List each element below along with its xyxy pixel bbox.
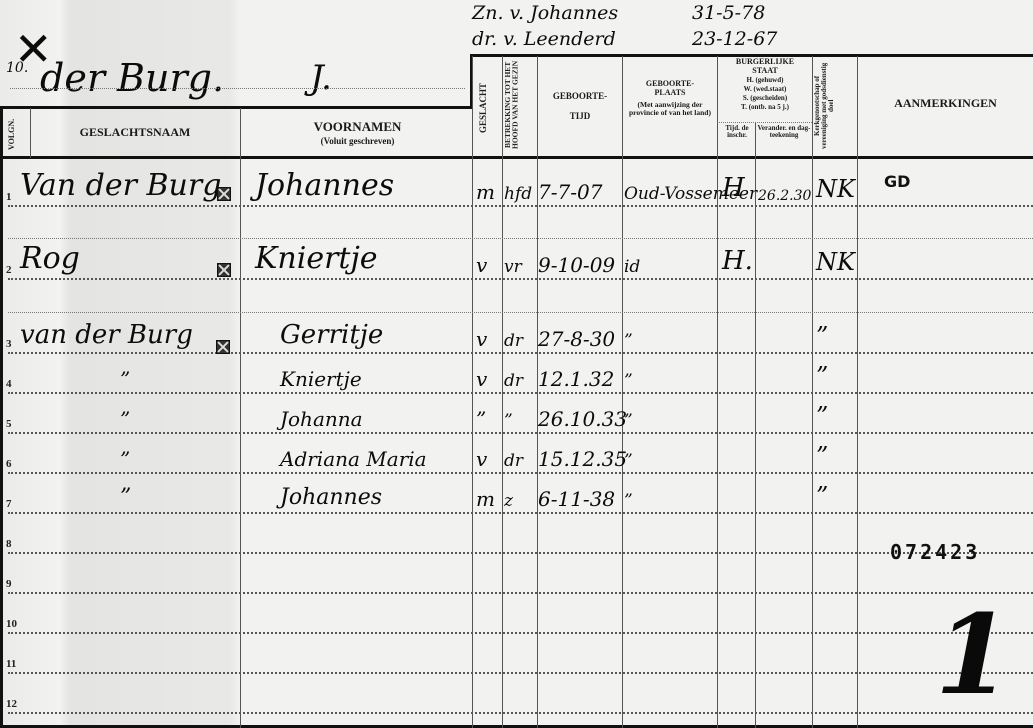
row-number: 4: [6, 378, 12, 390]
col-header-kerkgenootschap: Kerkgenootschap of vereeniging met godsd…: [814, 58, 856, 154]
cell-birth-date: 15.12.35: [538, 447, 627, 471]
row-line: [8, 278, 1033, 280]
row-number: 7: [6, 498, 12, 510]
cell-church: ”: [816, 322, 828, 350]
cell-given-name: Kniertje: [280, 367, 362, 391]
cell-given-name: Johanna: [280, 407, 363, 431]
row-subline: [8, 238, 1033, 239]
cell-relation: z: [504, 491, 513, 511]
cell-relation: dr: [504, 451, 523, 471]
cell-civil-status: H.: [722, 246, 753, 276]
col-header-geboortetijd-2: TIJD: [538, 112, 622, 121]
cell-birth-date: 7-7-07: [538, 180, 602, 204]
row-line: [8, 352, 1033, 354]
stamp-number: 072423: [890, 540, 980, 564]
cell-sex: ”: [476, 407, 486, 431]
col-header-bs-s: S. (gescheiden): [718, 95, 812, 102]
cell-surname: ”: [120, 367, 130, 391]
col-divider: [240, 108, 241, 728]
cell-church: ”: [816, 442, 828, 470]
col-header-volgnr: VOLGN.: [8, 116, 16, 152]
row-line: [8, 712, 1033, 714]
header-bottom-line: [0, 156, 1033, 159]
annotation-daughter-of: dr. v. Leenderd: [472, 28, 616, 50]
cell-given-name: Johannes: [280, 485, 382, 510]
cell-sex: v: [476, 447, 487, 471]
row-line: [8, 472, 1033, 474]
col-header-geslachtsnaam: GESLACHTSNAAM: [40, 126, 230, 139]
row-number: 3: [6, 338, 12, 350]
row-line: [8, 552, 1033, 554]
cell-surname: ”: [120, 407, 130, 431]
registration-card: 10. ✕ der Burg. J. Zn. v. Johannes 31-5-…: [0, 0, 1033, 728]
row-number: 8: [6, 538, 12, 550]
cell-civil-status: H: [722, 173, 745, 203]
cell-birth-date: 9-10-09: [538, 253, 615, 277]
row-line: [8, 512, 1033, 514]
cell-relation: dr: [504, 371, 523, 391]
col-header-bs-t: T. (ontb. na 5 j.): [718, 104, 812, 111]
frame-left: [0, 106, 3, 728]
row-subline: [8, 312, 1033, 313]
col-header-burgerlijke-staat-2: STAAT: [718, 67, 812, 75]
card-initial: J.: [310, 58, 332, 98]
row-line: [8, 392, 1033, 394]
row-number: 6: [6, 458, 12, 470]
cell-status-date: 26.2.30: [758, 188, 811, 204]
cell-sex: v: [476, 367, 487, 391]
cell-given-name: Adriana Maria: [280, 447, 427, 471]
cell-surname: Rog: [20, 241, 80, 276]
col-divider: [755, 122, 756, 728]
marker-box-icon: [217, 263, 231, 277]
cell-church: NK: [816, 248, 855, 276]
cell-birth-place: id: [624, 257, 640, 277]
marker-box-icon: [217, 187, 231, 201]
annotation-daughter-of-date: 23-12-67: [692, 28, 777, 50]
marker-box-icon: [216, 340, 230, 354]
cell-church: ”: [816, 402, 828, 430]
cell-surname: ”: [120, 447, 130, 471]
row-number: 11: [6, 658, 16, 670]
row-line: [8, 672, 1033, 674]
row-number: 2: [6, 264, 12, 276]
cell-birth-place: ”: [624, 491, 633, 511]
row-number: 10: [6, 618, 17, 630]
row-number: 9: [6, 578, 12, 590]
col-divider: [30, 108, 31, 158]
cell-birth-date: 26.10.33: [538, 407, 627, 431]
row-line: [8, 632, 1033, 634]
cell-church: ”: [816, 482, 828, 510]
cell-birth-date: 6-11-38: [538, 487, 615, 511]
cell-birth-place: ”: [624, 451, 633, 471]
card-family-name: der Burg.: [40, 56, 224, 100]
annotation-son-of-date: 31-5-78: [692, 2, 765, 24]
cell-given-name: Kniertje: [255, 241, 378, 276]
cell-church: NK: [816, 175, 855, 203]
cell-sex: m: [476, 487, 495, 511]
cell-sex: m: [476, 180, 495, 204]
cell-relation: ”: [504, 411, 513, 431]
row-line: [8, 432, 1033, 434]
frame-top-left: [0, 106, 472, 109]
cell-birth-date: 27-8-30: [538, 327, 615, 351]
col-header-aanmerkingen: AANMERKINGEN: [858, 97, 1033, 110]
cell-relation: dr: [504, 331, 523, 351]
cell-church: ”: [816, 362, 828, 390]
annotation-son-of: Zn. v. Johannes: [472, 2, 618, 24]
row-number: 1: [6, 191, 12, 203]
cell-birth-place: ”: [624, 371, 633, 391]
col-header-geboorteplaats-2: PLAATS: [623, 89, 717, 97]
subheader-divider: [719, 122, 812, 123]
col-header-geboorteplaats-sub: (Met aanwijzing der provincie of van het…: [628, 101, 712, 117]
cell-surname: Van der Burg: [20, 168, 221, 203]
cell-given-name: Gerritje: [280, 320, 383, 350]
col-header-bs-h: H. (gehuwd): [718, 77, 812, 84]
cell-birth-place: ”: [624, 411, 633, 431]
cell-birth-place: ”: [624, 331, 633, 351]
col-header-voornamen-sub: (Voluit geschreven): [245, 137, 470, 146]
col-header-geboortetijd: GEBOORTE-: [538, 92, 622, 101]
col-header-tijd-inschr: Tijd. de inschr.: [719, 125, 755, 140]
row-line: [8, 205, 1033, 207]
row-number: 5: [6, 418, 12, 430]
col-header-betrekking: BETREKKING TOT HET HOOFD VAN HET GEZIN: [504, 58, 534, 152]
header-dotted-line: [10, 88, 465, 89]
cell-relation: hfd: [504, 184, 532, 204]
cell-sex: v: [476, 253, 487, 277]
col-header-geslacht: GESLACHT: [479, 66, 488, 150]
row-line: [8, 592, 1033, 594]
col-header-voornamen: VOORNAMEN: [245, 120, 470, 134]
cell-surname: van der Burg: [20, 320, 193, 350]
cell-relation: vr: [504, 257, 522, 277]
remark-gd: GD: [884, 172, 910, 191]
row-number: 12: [6, 698, 17, 710]
col-header-verandering: Verander. en dag-teekening: [756, 125, 812, 140]
col-header-bs-w: W. (wed.staat): [718, 86, 812, 93]
cell-sex: v: [476, 327, 487, 351]
cell-given-name: Johannes: [255, 168, 394, 203]
large-handwritten-mark: 1: [935, 590, 1012, 719]
cell-surname: ”: [120, 485, 131, 510]
cell-birth-date: 12.1.32: [538, 367, 614, 391]
